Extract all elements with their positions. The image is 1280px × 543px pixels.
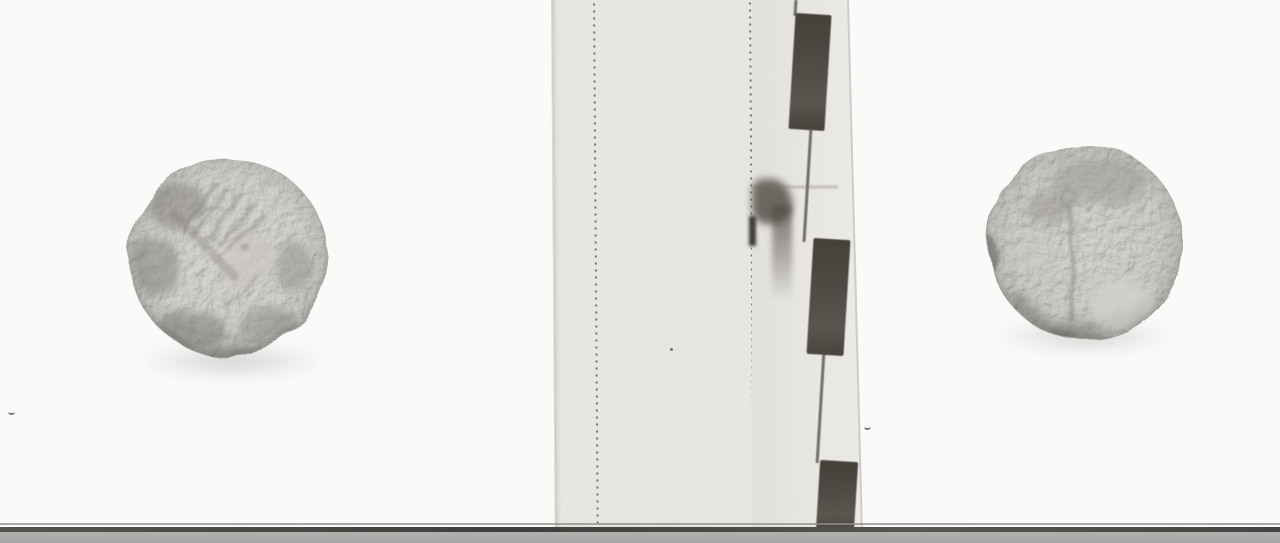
paper-speck bbox=[8, 409, 15, 415]
table-front-band bbox=[0, 532, 1280, 543]
coin-obverse-body bbox=[130, 159, 328, 370]
coin-obverse-rim-shading bbox=[130, 159, 328, 357]
paper-speck bbox=[670, 348, 673, 351]
strip-edge-dark-mark bbox=[749, 216, 756, 246]
coin-reverse-photo bbox=[980, 136, 1192, 352]
scale-left-block-tail bbox=[772, 205, 792, 301]
strip-perforation-left bbox=[593, 0, 599, 543]
scale-smudge-line bbox=[752, 186, 838, 188]
coin-reverse-body bbox=[985, 146, 1183, 346]
sheet-edge-line bbox=[0, 523, 1280, 525]
perforated-paper-strip bbox=[551, 0, 762, 543]
strip-paper-texture bbox=[552, 0, 762, 543]
coin-reverse-rim-shading bbox=[989, 146, 1183, 340]
paper-speck bbox=[864, 424, 871, 430]
scale-segment bbox=[788, 13, 831, 131]
scale-segment bbox=[806, 238, 850, 356]
photograph bbox=[0, 0, 1280, 543]
coin-obverse-photo bbox=[118, 148, 340, 370]
